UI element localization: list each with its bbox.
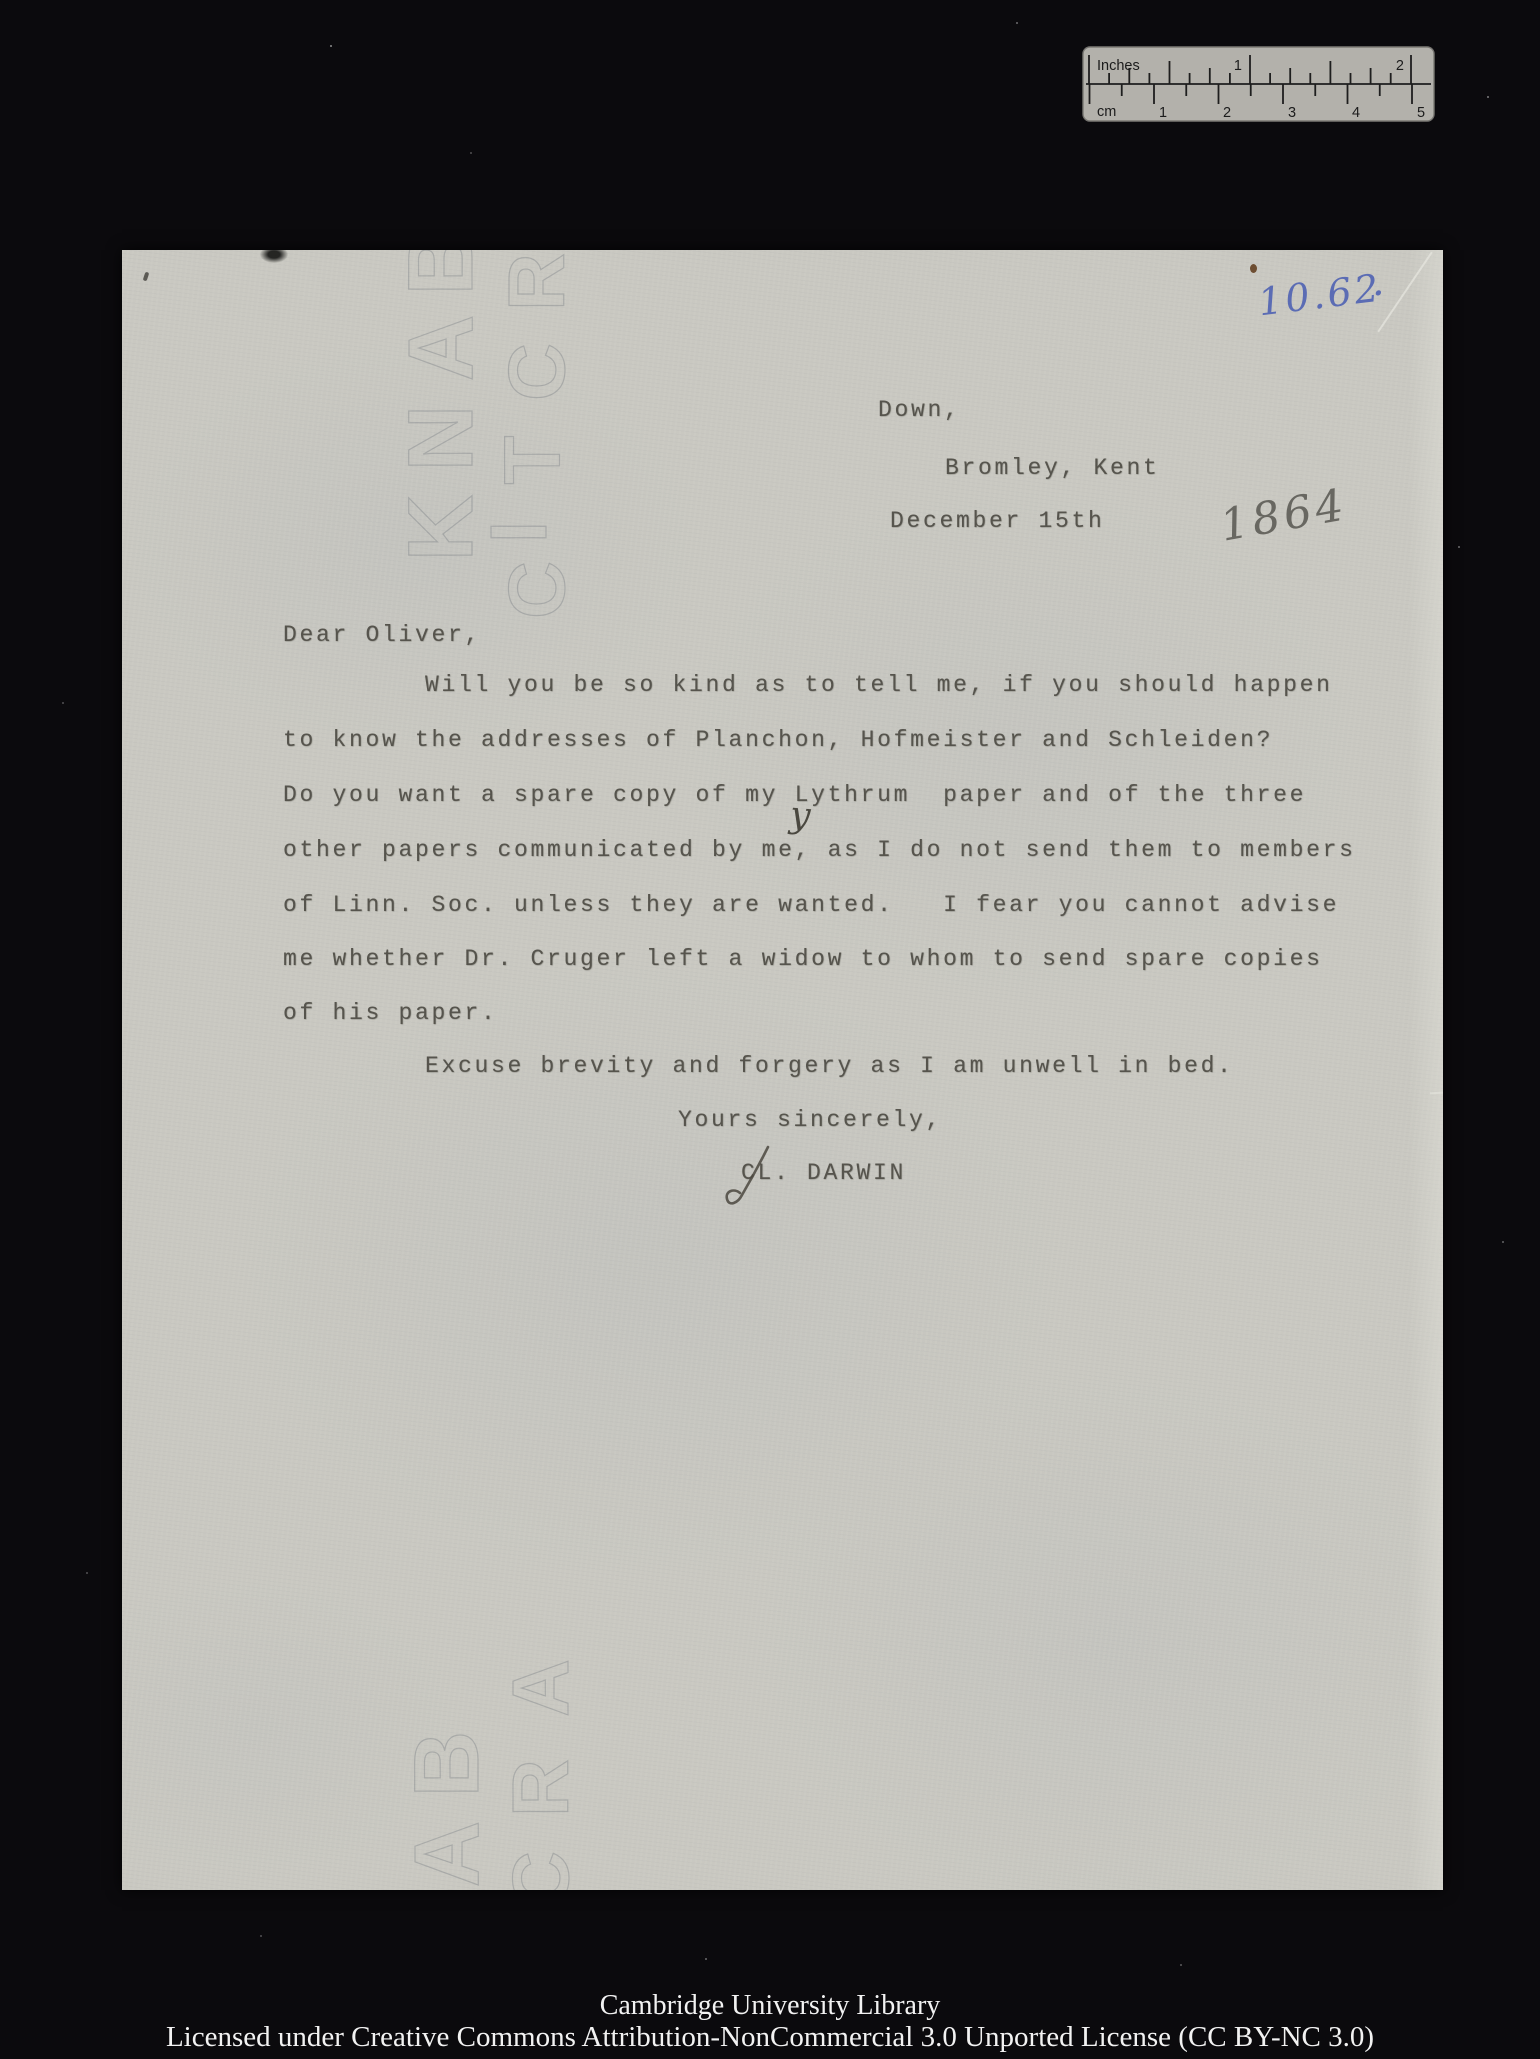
letter-body-line: Will you be so kind as to tell me, if yo… xyxy=(425,674,1333,697)
watermark-letter: B xyxy=(395,250,487,295)
watermark-letter: R xyxy=(501,1759,581,1817)
watermark-letter: A xyxy=(501,1659,581,1717)
letter-body-line: to know the addresses of Planchon, Hofme… xyxy=(283,729,1273,752)
watermark-letter: B xyxy=(401,1731,493,1797)
watermark-letter: C xyxy=(501,1851,581,1890)
watermark-letter: N xyxy=(395,405,487,471)
letter-body-line: of Linn. Soc. unless they are wanted. I … xyxy=(283,894,1339,917)
watermark-letter: C xyxy=(497,561,577,619)
accession-number-annotation: 10.62 xyxy=(1256,269,1384,322)
ruler-inches-label: Inches xyxy=(1097,58,1140,74)
scale-bar-ruler: Inches 1 2 cm 1 2 3 4 5 xyxy=(1082,46,1435,122)
watermark-letter: A xyxy=(395,315,487,381)
ruler-graphic: Inches 1 2 cm 1 2 3 4 5 xyxy=(1082,46,1435,122)
letter-body-line: me whether Dr. Cruger left a widow to wh… xyxy=(283,948,1323,971)
footer-library-credit: Cambridge University Library xyxy=(0,1990,1540,2022)
ruler-cm-2: 2 xyxy=(1223,105,1231,121)
letter-place-line-2: Bromley, Kent xyxy=(945,457,1160,480)
dust-specks xyxy=(0,0,2,2)
ruler-inch-1: 1 xyxy=(1234,58,1242,74)
ruler-cm-label: cm xyxy=(1097,104,1116,120)
lythrum-correction-mark: y xyxy=(789,797,812,834)
ruler-cm-1: 1 xyxy=(1159,105,1167,121)
corner-crease xyxy=(1377,252,1432,333)
brown-speck xyxy=(1250,264,1257,273)
letter-body-line: other papers communicated by me, as I do… xyxy=(283,839,1356,862)
ink-smudge xyxy=(260,250,288,263)
watermark-letter: T xyxy=(492,436,572,485)
ruler-cm-4: 4 xyxy=(1352,105,1360,121)
edge-crease xyxy=(1430,1088,1443,1095)
year-annotation: 1864 xyxy=(1217,483,1351,549)
accession-dot: . xyxy=(1372,262,1385,302)
letter-date-line: December 15th xyxy=(890,510,1105,533)
watermark-letter: C xyxy=(497,343,577,401)
ruler-cm-3: 3 xyxy=(1288,105,1296,121)
signature-pen-stroke xyxy=(722,1143,782,1213)
watermark-letter: A xyxy=(401,1821,493,1887)
ink-fleck xyxy=(143,272,150,282)
ruler-cm-5: 5 xyxy=(1417,105,1425,121)
scan-canvas: Inches 1 2 cm 1 2 3 4 5 B A N K R C T I … xyxy=(0,0,1540,2059)
letter-body-line: of his paper. xyxy=(283,1002,498,1025)
footer-license-text: Licensed under Creative Commons Attribut… xyxy=(0,2021,1540,2054)
watermark-letter: I xyxy=(479,521,559,543)
letter-salutation: Dear Oliver, xyxy=(283,624,481,647)
letter-sheet: B A N K R C T I C B A A R C 10.62 . 1864… xyxy=(122,250,1443,1890)
letter-closing: Yours sincerely, xyxy=(678,1109,942,1132)
letter-place-line-1: Down, xyxy=(878,399,961,422)
letter-body-line: Excuse brevity and forgery as I am unwel… xyxy=(425,1055,1234,1078)
ruler-inch-2: 2 xyxy=(1396,58,1404,74)
watermark-letter: K xyxy=(395,495,487,561)
watermark-letter: R xyxy=(497,253,577,311)
